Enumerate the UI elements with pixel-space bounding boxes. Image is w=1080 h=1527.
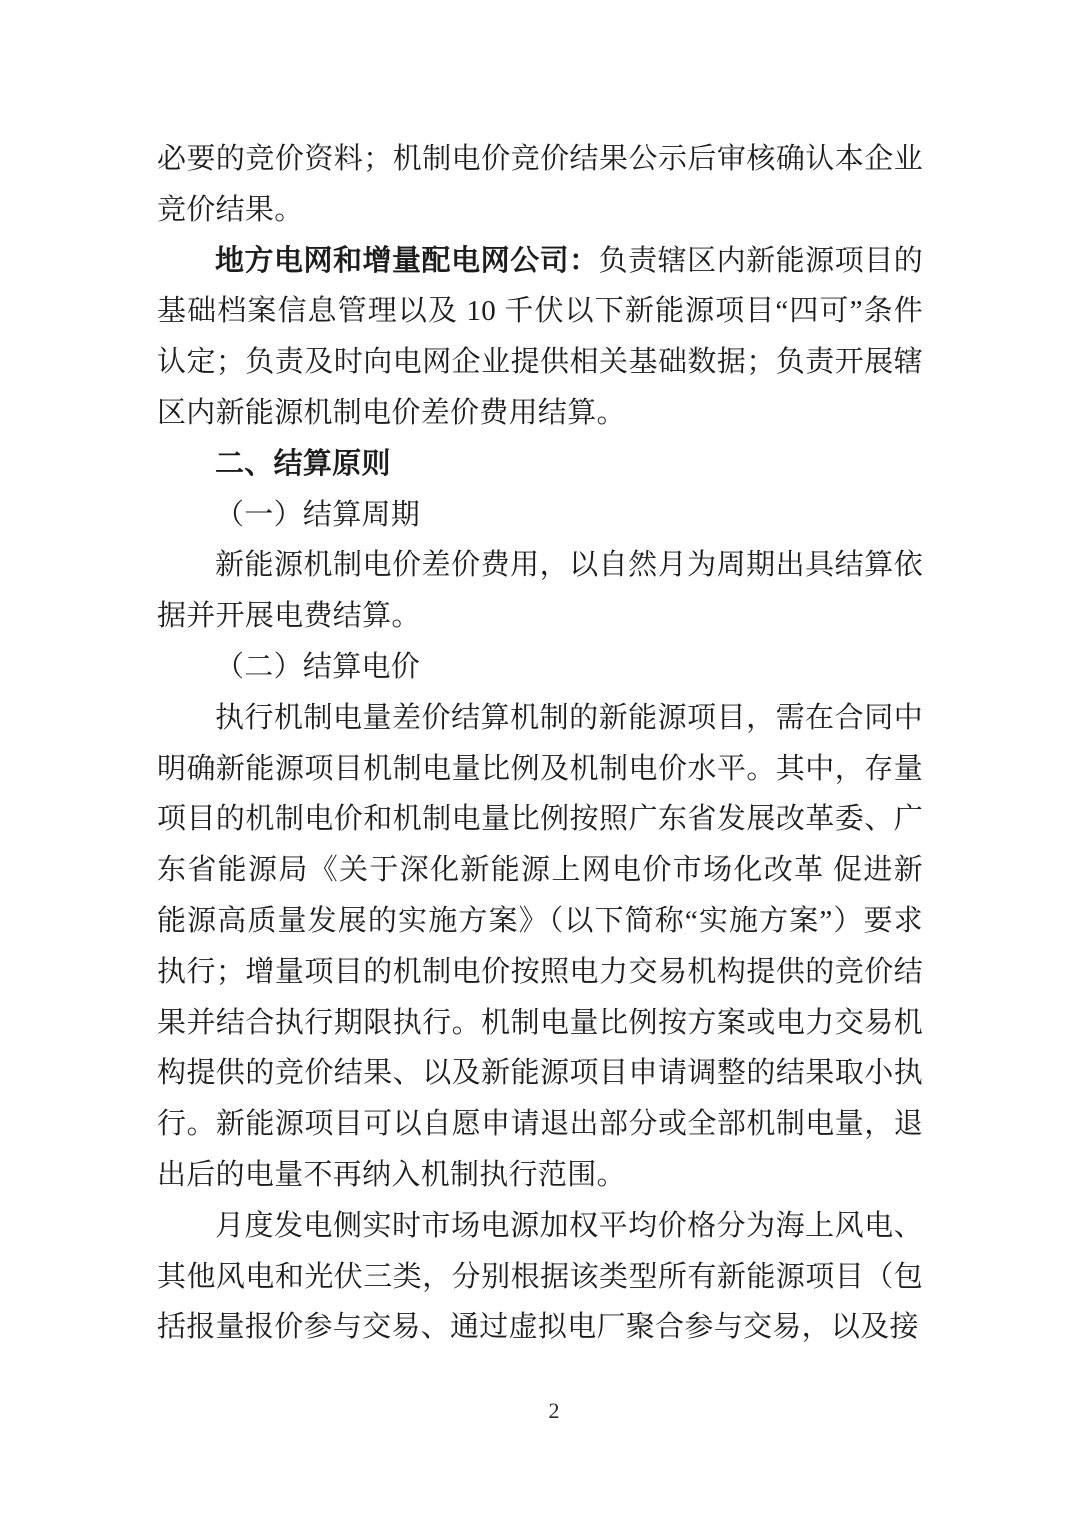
para-settlement-price-body: 执行机制电量差价结算机制的新能源项目，需在合同中明确新能源项目机制电量比例及机制… (157, 693, 923, 1201)
subheading-two-settlement-price: （二）结算电价 (157, 642, 923, 693)
text-run: （二）结算电价 (215, 651, 420, 683)
text-run: （一）结算周期 (215, 499, 420, 531)
bold-text-run: 二、结算原则 (215, 448, 391, 480)
heading-section-two-settlement-principles: 二、结算原则 (157, 439, 923, 490)
subheading-one-settlement-cycle: （一）结算周期 (157, 490, 923, 541)
text-run: 月度发电侧实时市场电源加权平均价格分为海上风电、其他风电和光伏三类，分别根据该类… (157, 1210, 923, 1344)
para-settlement-cycle-body: 新能源机制电价差价费用，以自然月为周期出具结算依据并开展电费结算。 (157, 540, 923, 642)
para-monthly-weighted-average-price: 月度发电侧实时市场电源加权平均价格分为海上风电、其他风电和光伏三类，分别根据该类… (157, 1201, 923, 1353)
text-run: 执行机制电量差价结算机制的新能源项目，需在合同中明确新能源项目机制电量比例及机制… (157, 702, 923, 1191)
para-continuation-bidding-materials: 必要的竞价资料；机制电价竞价结果公示后审核确认本企业竞价结果。 (157, 134, 923, 236)
page-number: 2 (521, 1398, 560, 1423)
bold-text-run: 地方电网和增量配电网公司： (215, 245, 599, 277)
document-page: 必要的竞价资料；机制电价竞价结果公示后审核确认本企业竞价结果。地方电网和增量配电… (0, 0, 1080, 1527)
text-run: 必要的竞价资料；机制电价竞价结果公示后审核确认本企业竞价结果。 (157, 143, 923, 226)
para-local-grid-companies: 地方电网和增量配电网公司：负责辖区内新能源项目的基础档案信息管理以及 10 千伏… (157, 236, 923, 439)
text-run: 新能源机制电价差价费用，以自然月为周期出具结算依据并开展电费结算。 (157, 549, 923, 632)
page-footer: 2 (0, 1398, 1080, 1424)
document-body: 必要的竞价资料；机制电价竞价结果公示后审核确认本企业竞价结果。地方电网和增量配电… (157, 134, 923, 1353)
